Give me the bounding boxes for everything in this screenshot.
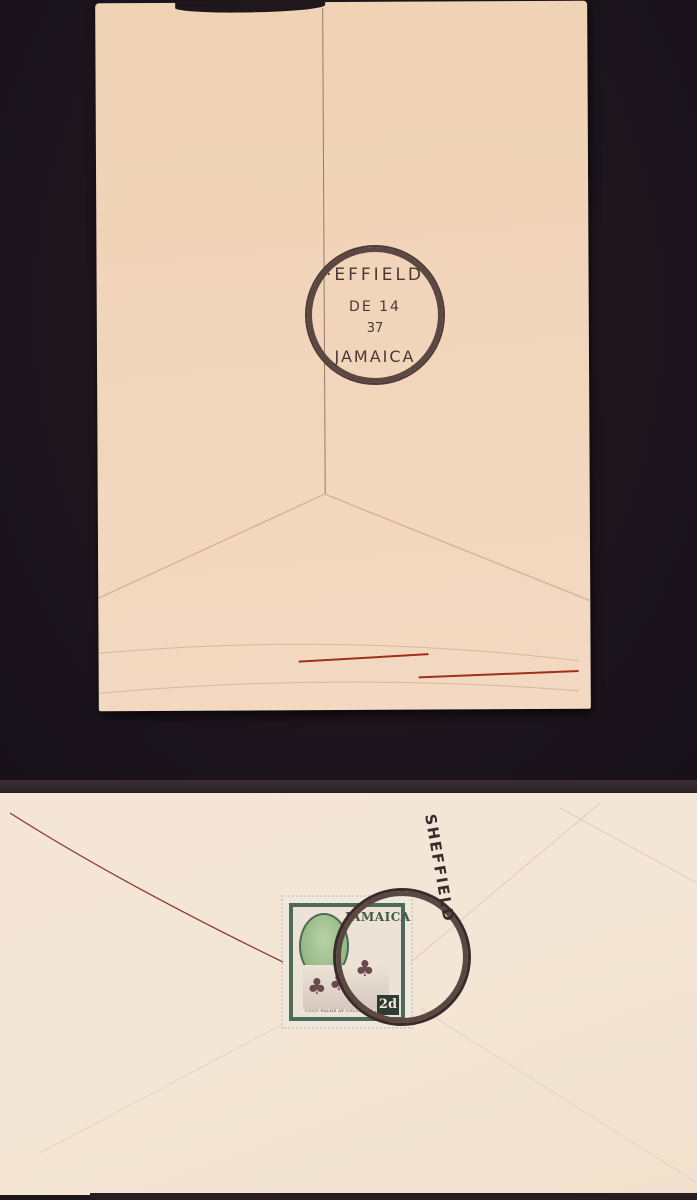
postmark-year: 37 bbox=[307, 321, 443, 336]
dark-background-edge bbox=[90, 1193, 697, 1200]
sheffield-postmark-top: ·EFFIELD DE 14 37 JAMAICA bbox=[305, 245, 445, 385]
palm-tree-icon: ♣ bbox=[307, 975, 327, 1000]
sheffield-postmark-bottom: SHEFFIELD bbox=[333, 888, 471, 1026]
postmark-town: ·EFFIELD bbox=[307, 265, 443, 285]
frame-divider bbox=[0, 780, 697, 793]
postmark-date: DE 14 bbox=[307, 299, 443, 315]
postmark-country: JAMAICA bbox=[307, 347, 443, 366]
